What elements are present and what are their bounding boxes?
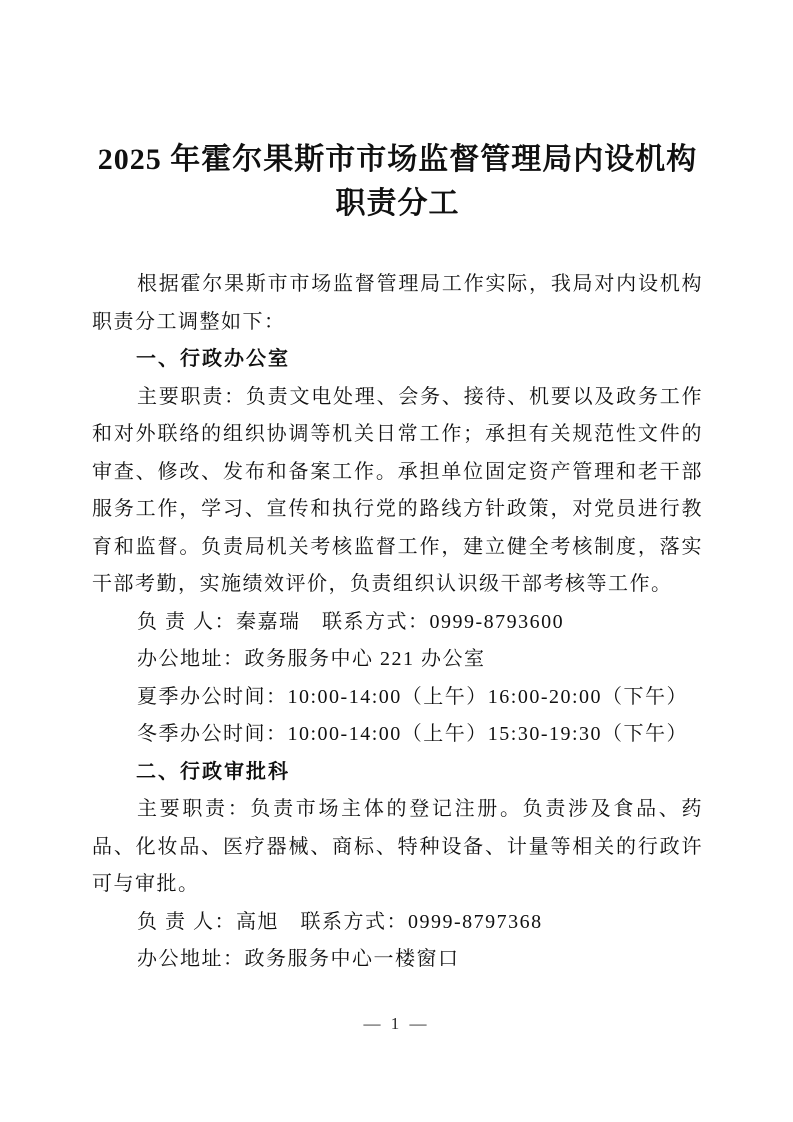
document-title: 2025 年霍尔果斯市市场监督管理局内设机构 职责分工 [92,138,703,226]
section-1-summer-hours-line: 夏季办公时间：10:00-14:00（上午）16:00-20:00（下午） [92,679,703,717]
section-1-winter-hours-line: 冬季办公时间：10:00-14:00（上午）15:30-19:30（下午） [92,716,703,754]
intro-paragraph: 根据霍尔果斯市市场监督管理局工作实际，我局对内设机构职责分工调整如下： [92,266,703,341]
section-2-address-line: 办公地址：政务服务中心一楼窗口 [92,941,703,979]
section-1-duties-paragraph: 主要职责：负责文电处理、会务、接待、机要以及政务工作和对外联络的组织协调等机关日… [92,379,703,604]
section-2-duties-paragraph: 主要职责：负责市场主体的登记注册。负责涉及食品、药品、化妆品、医疗器械、商标、特… [92,791,703,904]
section-2-contact-line: 负 责 人：高旭 联系方式：0999-8797368 [92,904,703,942]
title-line-1: 2025 年霍尔果斯市市场监督管理局内设机构 [92,138,703,182]
title-line-2: 职责分工 [92,182,703,226]
section-1-contact-line: 负 责 人：秦嘉瑞 联系方式：0999-8793600 [92,604,703,642]
document-page: 2025 年霍尔果斯市市场监督管理局内设机构 职责分工 根据霍尔果斯市市场监督管… [0,0,793,1122]
section-2-heading: 二、行政审批科 [92,754,703,792]
section-1-address-line: 办公地址：政务服务中心 221 办公室 [92,641,703,679]
section-1-heading: 一、行政办公室 [92,341,703,379]
page-number: — 1 — [0,1014,793,1034]
